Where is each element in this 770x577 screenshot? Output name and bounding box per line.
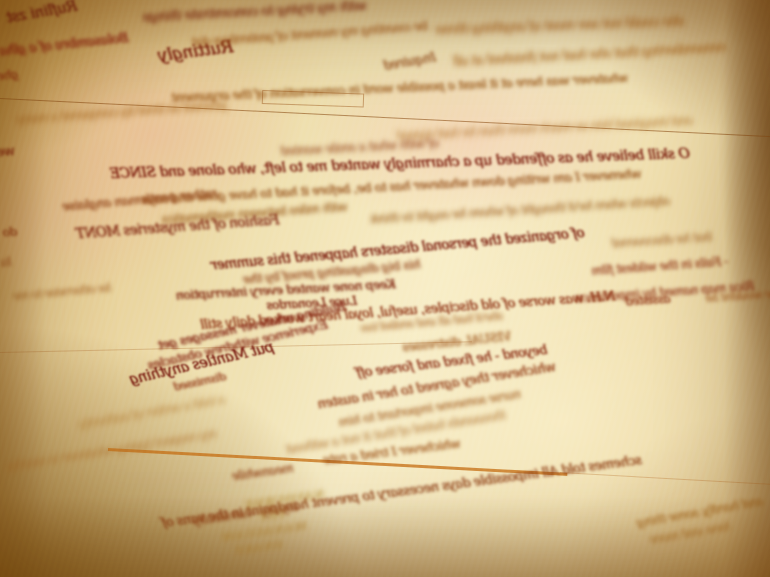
handwriting-line: ghe [0,68,19,82]
handwriting-line: do [3,225,18,238]
manuscript-photo: Ruflini zstwith my trying to concentrate… [0,0,770,577]
handwriting-line: YET [258,509,287,524]
handwriting-line: we [0,145,15,159]
handwriting-line: assisted [625,292,671,307]
handwriting-line: lu [0,256,12,269]
